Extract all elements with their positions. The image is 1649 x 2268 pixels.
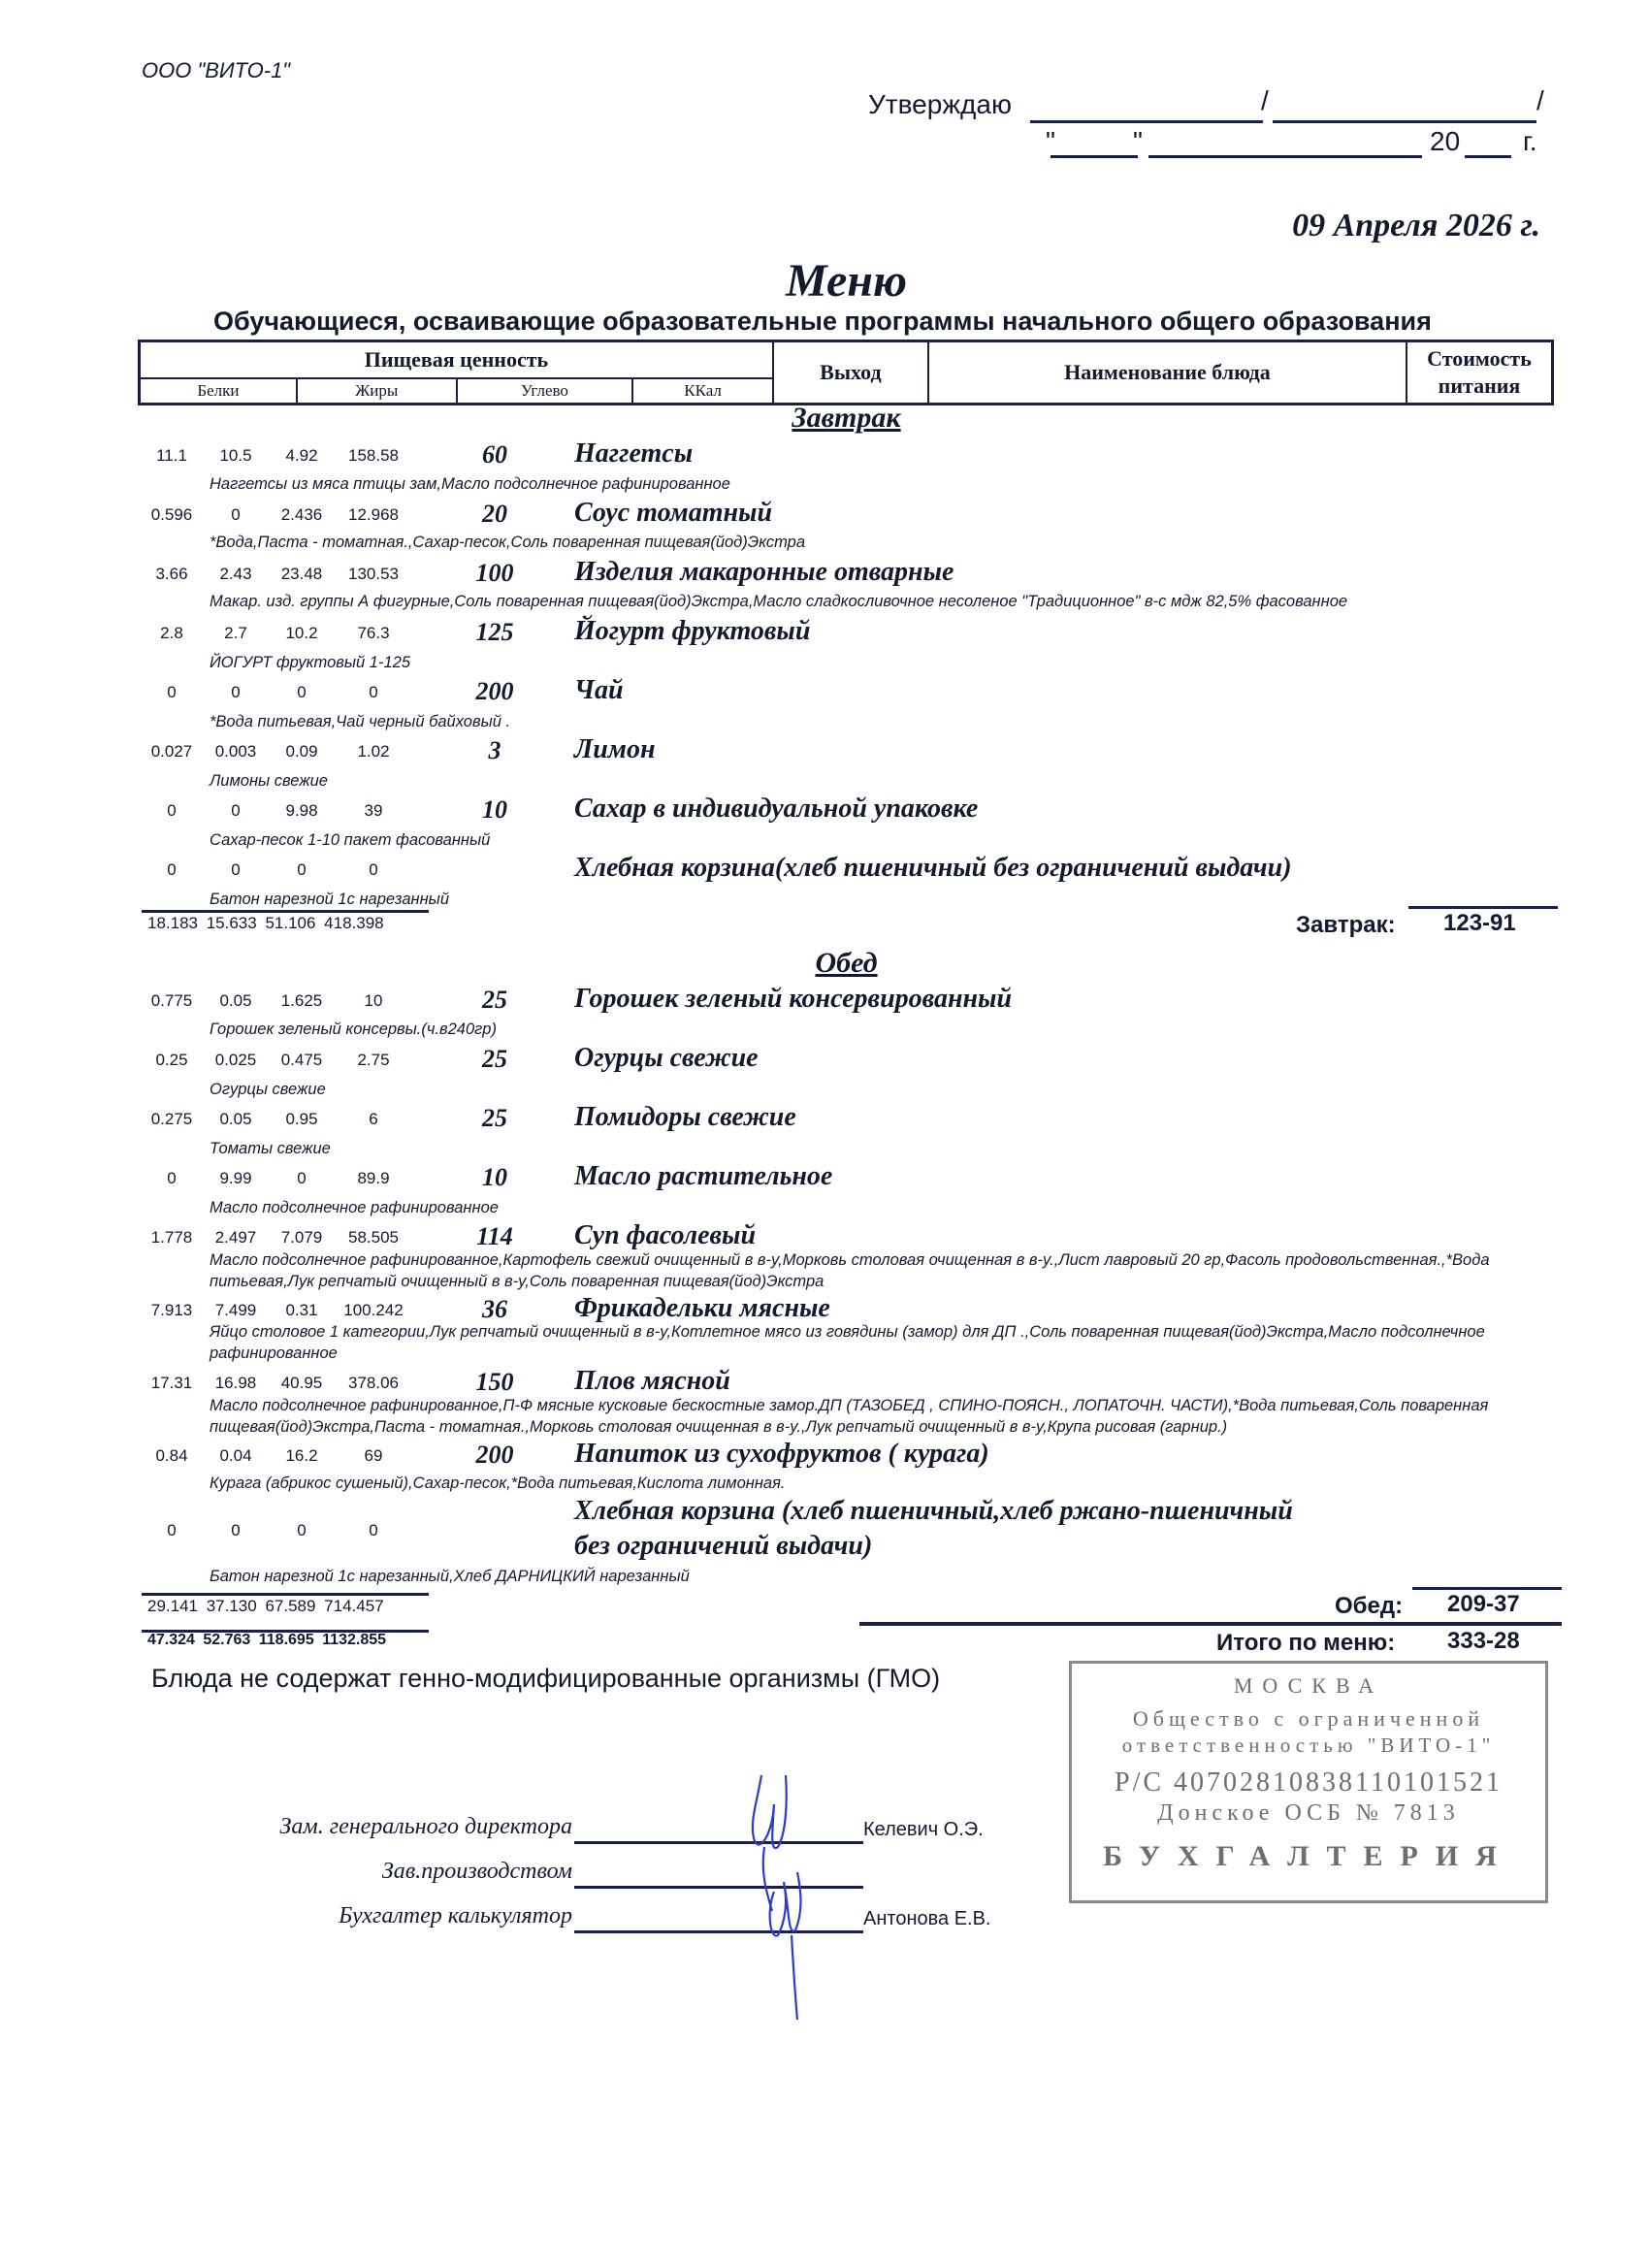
approve-slash-end: /: [1536, 85, 1544, 116]
dish-name: Йогурт фруктовый: [574, 614, 810, 649]
stamp-line1: Общество с ограниченной: [1072, 1706, 1545, 1732]
breakfast-total-rule: [142, 910, 429, 913]
signature-role-accountant: Бухгалтер калькулятор: [223, 1903, 572, 1929]
nutrition-value-c: 1.625: [268, 991, 336, 1011]
lunch-total-cost: 209-37: [1447, 1591, 1520, 1618]
breakfast-nutrition-totals: 18.183 15.633 51.106 418.398: [147, 914, 384, 933]
dish-yield: 25: [456, 1045, 533, 1074]
header-dish-name: Наименование блюда: [928, 341, 1406, 405]
dish-ingredients: Масло подсолнечное рафинированное,П-Ф мя…: [210, 1395, 1509, 1438]
year-line: [1465, 130, 1511, 158]
company-name: ООО "ВИТО-1": [142, 58, 290, 83]
nutrition-value-f: 0.05: [202, 991, 270, 1011]
page-title: Меню: [0, 254, 1649, 308]
dish-ingredients: Батон нарезной 1с нарезанный: [210, 889, 1509, 910]
nutrition-value-c: 0.09: [268, 742, 336, 761]
header-fat: Жиры: [297, 378, 457, 405]
dish-name: Помидоры свежие: [574, 1100, 796, 1135]
nutrition-value-k: 10: [339, 991, 407, 1011]
grand-nutrition-totals: 47.324 52.763 118.695 1132.855: [147, 1632, 386, 1649]
dish-yield: 200: [456, 1441, 533, 1470]
nutrition-value-f: 7.499: [202, 1301, 270, 1320]
year-prefix: 20: [1430, 126, 1460, 157]
dish-yield: 150: [456, 1368, 533, 1397]
header-cost: Стоимость питания: [1406, 341, 1553, 405]
nutrition-value-c: 9.98: [268, 801, 336, 821]
nutrition-value-k: 1.02: [339, 742, 407, 761]
nutrition-value-k: 69: [339, 1446, 407, 1466]
section-breakfast-title: Завтрак: [0, 402, 1649, 435]
nutrition-value-k: 0: [339, 683, 407, 702]
nutrition-value-f: 10.5: [202, 446, 270, 466]
nutrition-value-p: 7.913: [138, 1301, 206, 1320]
nutrition-value-k: 2.75: [339, 1051, 407, 1070]
nutrition-value-c: 0: [268, 860, 336, 880]
nutrition-value-f: 0: [202, 1521, 270, 1540]
nutrition-value-c: 0: [268, 1169, 336, 1188]
dish-name: Соус томатный: [574, 496, 772, 531]
dish-yield: 200: [456, 677, 533, 706]
header-cost-line2: питания: [1439, 373, 1521, 398]
dish-yield: 25: [456, 986, 533, 1015]
dish-yield: 100: [456, 559, 533, 588]
stamp-line2: ответственностью "ВИТО-1": [1072, 1733, 1545, 1758]
dish-name: Хлебная корзина (хлеб пшеничный,хлеб ржа…: [574, 1494, 1293, 1529]
dish-ingredients: Томаты свежие: [210, 1138, 1509, 1159]
dish-name: Хлебная корзина(хлеб пшеничный без огран…: [574, 851, 1292, 886]
header-kcal: ККал: [632, 378, 773, 405]
dish-ingredients: ЙОГУРТ фруктовый 1-125: [210, 652, 1509, 673]
section-lunch-title: Обед: [0, 947, 1649, 980]
lunch-total-rule: [142, 1593, 429, 1596]
dish-ingredients: Горошек зеленый консервы.(ч.в240гр): [210, 1019, 1509, 1040]
approve-name-line: [1273, 97, 1536, 123]
dish-name: Огурцы свежие: [574, 1041, 759, 1076]
breakfast-cost-rule: [1408, 906, 1558, 909]
dish-yield: 25: [456, 1104, 533, 1133]
dish-yield: 20: [456, 500, 533, 529]
nutrition-value-c: 40.95: [268, 1374, 336, 1393]
lunch-cost-rule: [1412, 1587, 1562, 1590]
nutrition-value-p: 0.027: [138, 742, 206, 761]
stamp-bank: Донское ОСБ № 7813: [1072, 1800, 1545, 1827]
nutrition-value-f: 0: [202, 505, 270, 525]
signature-name-accountant: Антонова Е.В.: [863, 1908, 990, 1930]
nutrition-value-c: 0: [268, 683, 336, 702]
gmo-note: Блюда не содержат генно-модифицированные…: [151, 1664, 940, 1694]
dish-ingredients: *Вода питьевая,Чай черный байховый .: [210, 711, 1509, 732]
header-nutrition: Пищевая ценность: [140, 341, 773, 379]
page-subtitle: Обучающиеся, осваивающие образовательные…: [213, 307, 1432, 337]
company-stamp: МОСКВА Общество с ограниченной ответстве…: [1069, 1661, 1548, 1903]
dish-yield: 125: [456, 618, 533, 647]
dish-ingredients: Макар. изд. группы А фигурные,Соль повар…: [210, 591, 1509, 612]
nutrition-value-p: 1.778: [138, 1228, 206, 1247]
dish-name: Чай: [574, 673, 624, 708]
nutrition-value-c: 16.2: [268, 1446, 336, 1466]
nutrition-value-p: 0.596: [138, 505, 206, 525]
nutrition-value-p: 0: [138, 801, 206, 821]
dish-ingredients: Сахар-песок 1-10 пакет фасованный: [210, 829, 1509, 851]
date-month-line: [1148, 130, 1422, 158]
nutrition-value-f: 9.99: [202, 1169, 270, 1188]
dish-ingredients: Курага (абрикос сушеный),Сахар-песок,*Во…: [210, 1473, 1509, 1494]
nutrition-value-f: 0.05: [202, 1110, 270, 1129]
lunch-total-label: Обед:: [1335, 1593, 1403, 1620]
nutrition-value-f: 2.7: [202, 624, 270, 643]
dish-yield: 60: [456, 440, 533, 470]
nutrition-value-k: 130.53: [339, 565, 407, 584]
dish-ingredients: Батон нарезной 1с нарезанный,Хлеб ДАРНИЦ…: [210, 1566, 1509, 1587]
dish-ingredients: Масло подсолнечное рафинированное: [210, 1197, 1509, 1218]
dish-yield: 10: [456, 795, 533, 825]
nutrition-value-p: 0.775: [138, 991, 206, 1011]
nutrition-value-c: 0: [268, 1521, 336, 1540]
signature-name-deputy-director: Келевич О.Э.: [863, 1819, 984, 1841]
breakfast-total-label: Завтрак:: [1296, 912, 1396, 939]
signature-role-deputy-director: Зам. генерального директора: [223, 1814, 572, 1840]
nutrition-value-c: 7.079: [268, 1228, 336, 1247]
nutrition-value-c: 23.48: [268, 565, 336, 584]
nutrition-value-p: 0.25: [138, 1051, 206, 1070]
nutrition-value-p: 0: [138, 683, 206, 702]
dish-name: Сахар в индивидуальной упаковке: [574, 792, 978, 826]
dish-ingredients: Огурцы свежие: [210, 1079, 1509, 1100]
approve-slash: /: [1261, 85, 1269, 116]
dish-name: Лимон: [574, 732, 656, 767]
nutrition-value-k: 58.505: [339, 1228, 407, 1247]
grand-total-cost: 333-28: [1447, 1628, 1520, 1655]
stamp-account: Р/С 40702810838110101521: [1072, 1767, 1545, 1798]
signature-role-production-head: Зав.производством: [223, 1859, 572, 1885]
nutrition-value-p: 17.31: [138, 1374, 206, 1393]
nutrition-value-k: 378.06: [339, 1374, 407, 1393]
dish-yield: 114: [456, 1222, 533, 1251]
nutrition-value-p: 3.66: [138, 565, 206, 584]
nutrition-value-c: 2.436: [268, 505, 336, 525]
nutrition-value-f: 0: [202, 683, 270, 702]
nutrition-value-k: 76.3: [339, 624, 407, 643]
nutrition-value-f: 2.497: [202, 1228, 270, 1247]
year-suffix: г.: [1523, 126, 1537, 157]
nutrition-value-k: 100.242: [339, 1301, 407, 1320]
nutrition-value-f: 0.04: [202, 1446, 270, 1466]
nutrition-value-k: 0: [339, 1521, 407, 1540]
nutrition-value-f: 2.43: [202, 565, 270, 584]
header-yield: Выход: [773, 341, 928, 405]
menu-table-header: Пищевая ценность Выход Наименование блюд…: [138, 340, 1554, 405]
nutrition-value-k: 89.9: [339, 1169, 407, 1188]
nutrition-value-p: 0: [138, 1521, 206, 1540]
stamp-department: БУХГАЛТЕРИЯ: [1072, 1840, 1545, 1873]
dish-ingredients: *Вода,Паста - томатная.,Сахар-песок,Соль…: [210, 532, 1509, 553]
nutrition-value-c: 0.475: [268, 1051, 336, 1070]
header-protein: Белки: [140, 378, 297, 405]
nutrition-value-f: 16.98: [202, 1374, 270, 1393]
dish-name: Суп фасолевый: [574, 1218, 756, 1253]
dish-name: Наггетсы: [574, 437, 693, 471]
nutrition-value-k: 0: [339, 860, 407, 880]
dish-ingredients: Наггетсы из мяса птицы зам,Масло подсолн…: [210, 473, 1509, 495]
dish-ingredients: Яйцо столовое 1 категории,Лук репчатый о…: [210, 1321, 1509, 1364]
nutrition-value-p: 2.8: [138, 624, 206, 643]
dish-ingredients: Лимоны свежие: [210, 770, 1509, 792]
nutrition-value-c: 10.2: [268, 624, 336, 643]
nutrition-value-f: 0.025: [202, 1051, 270, 1070]
dish-name: Напиток из сухофруктов ( курага): [574, 1437, 989, 1472]
stamp-city: МОСКВА: [1072, 1673, 1545, 1699]
date-day-line: [1051, 130, 1138, 158]
header-cost-line1: Стоимость: [1427, 346, 1532, 371]
nutrition-value-f: 0.003: [202, 742, 270, 761]
nutrition-value-p: 0: [138, 1169, 206, 1188]
nutrition-value-f: 0: [202, 860, 270, 880]
grand-total-label: Итого по меню:: [1216, 1630, 1395, 1657]
dish-name: Горошек зеленый консервированный: [574, 982, 1012, 1017]
nutrition-value-k: 6: [339, 1110, 407, 1129]
nutrition-value-k: 158.58: [339, 446, 407, 466]
nutrition-value-c: 4.92: [268, 446, 336, 466]
dish-yield: 36: [456, 1295, 533, 1324]
document-date: 09 Апреля 2026 г.: [1292, 208, 1540, 244]
nutrition-value-p: 0.275: [138, 1110, 206, 1129]
dish-name: Плов мясной: [574, 1364, 730, 1399]
nutrition-value-k: 12.968: [339, 505, 407, 525]
approve-label: Утверждаю: [868, 89, 1012, 120]
approve-signature-line: [1030, 97, 1263, 123]
dish-name: Изделия макаронные отварные: [574, 555, 954, 590]
date-quote-close: ": [1133, 126, 1143, 157]
header-carbs: Углево: [457, 378, 633, 405]
handwritten-signature-icon: [718, 1766, 834, 2027]
nutrition-value-k: 39: [339, 801, 407, 821]
nutrition-value-f: 0: [202, 801, 270, 821]
dish-yield: 10: [456, 1163, 533, 1192]
nutrition-value-p: 11.1: [138, 446, 206, 466]
nutrition-value-c: 0.95: [268, 1110, 336, 1129]
nutrition-value-c: 0.31: [268, 1301, 336, 1320]
dish-name: Масло растительное: [574, 1159, 832, 1194]
dish-yield: 3: [456, 736, 533, 765]
nutrition-value-p: 0.84: [138, 1446, 206, 1466]
dish-ingredients: Масло подсолнечное рафинированное,Картоф…: [210, 1249, 1509, 1292]
lunch-nutrition-totals: 29.141 37.130 67.589 714.457: [147, 1597, 384, 1616]
dish-name-continued: без ограничений выдачи): [574, 1529, 872, 1564]
nutrition-value-p: 0: [138, 860, 206, 880]
grand-cost-rule: [859, 1622, 1562, 1626]
breakfast-total-cost: 123-91: [1443, 910, 1516, 937]
